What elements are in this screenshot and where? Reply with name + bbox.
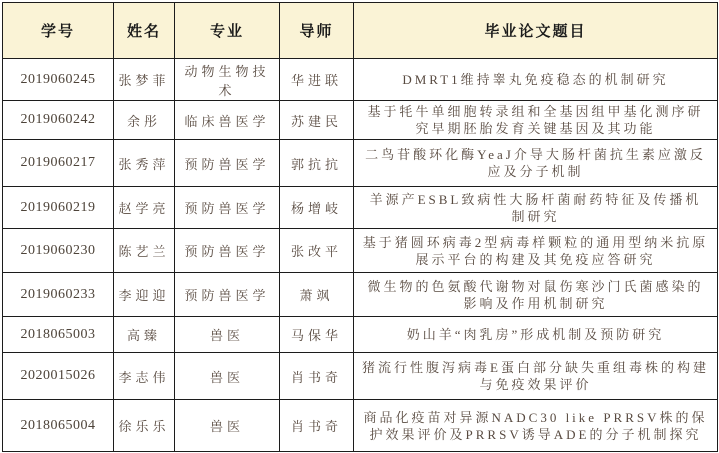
major-cell: 预防兽医学	[175, 273, 280, 317]
name-cell: 赵学亮	[114, 187, 175, 229]
major-cell: 预防兽医学	[175, 187, 280, 229]
thesis-cell: 基于猪圆环病毒2型病毒样颗粒的通用型纳米抗原展示平台的构建及其免疫应答研究	[354, 229, 718, 273]
advisor-cell: 萧飒	[280, 273, 354, 317]
header-major: 专业	[175, 3, 280, 59]
advisor-cell: 杨增岐	[280, 187, 354, 229]
thesis-cell: 二鸟苷酸环化酶YeaJ介导大肠杆菌抗生素应激反应及分子机制	[354, 140, 718, 187]
student-id-cell: 2019060219	[3, 187, 114, 229]
table-row: 2019060245张梦菲动物生物技术华进联DMRT1维持睾丸免疫稳态的机制研究	[3, 59, 718, 101]
student-id-cell: 2019060230	[3, 229, 114, 273]
major-cell: 兽医	[175, 317, 280, 353]
name-cell: 余彤	[114, 101, 175, 140]
table-row: 2020015026李志伟兽医肖书奇猪流行性腹泻病毒E蛋白部分缺失重组毒株的构建…	[3, 353, 718, 400]
thesis-cell: 奶山羊“肉乳房”形成机制及预防研究	[354, 317, 718, 353]
name-cell: 徐乐乐	[114, 400, 175, 452]
student-id-cell: 2020015026	[3, 353, 114, 400]
header-thesis-title: 毕业论文题目	[354, 3, 718, 59]
thesis-cell: 猪流行性腹泻病毒E蛋白部分缺失重组毒株的构建与免疫效果评价	[354, 353, 718, 400]
student-id-cell: 2019060217	[3, 140, 114, 187]
advisor-cell: 华进联	[280, 59, 354, 101]
thesis-cell: 基于牦牛单细胞转录组和全基因组甲基化测序研究早期胚胎发育关键基因及其功能	[354, 101, 718, 140]
student-id-cell: 2019060233	[3, 273, 114, 317]
header-row: 学号 姓名 专业 导师 毕业论文题目	[3, 3, 718, 59]
advisor-cell: 肖书奇	[280, 353, 354, 400]
table-row: 2018065003高臻兽医马保华奶山羊“肉乳房”形成机制及预防研究	[3, 317, 718, 353]
name-cell: 陈艺兰	[114, 229, 175, 273]
major-cell: 预防兽医学	[175, 140, 280, 187]
table-row: 2019060230陈艺兰预防兽医学张改平基于猪圆环病毒2型病毒样颗粒的通用型纳…	[3, 229, 718, 273]
name-cell: 李迎迎	[114, 273, 175, 317]
advisor-cell: 苏建民	[280, 101, 354, 140]
name-cell: 张秀萍	[114, 140, 175, 187]
name-cell: 李志伟	[114, 353, 175, 400]
student-id-cell: 2018065004	[3, 400, 114, 452]
advisor-cell: 肖书奇	[280, 400, 354, 452]
table-row: 2019060233李迎迎预防兽医学萧飒微生物的色氨酸代谢物对鼠伤寒沙门氏菌感染…	[3, 273, 718, 317]
table-row: 2019060219赵学亮预防兽医学杨增岐羊源产ESBL致病性大肠杆菌耐药特征及…	[3, 187, 718, 229]
header-advisor: 导师	[280, 3, 354, 59]
table-body: 2019060245张梦菲动物生物技术华进联DMRT1维持睾丸免疫稳态的机制研究…	[3, 59, 718, 452]
thesis-cell: 商品化疫苗对异源NADC30 like PRRSV株的保护效果评价及PRRSV诱…	[354, 400, 718, 452]
name-cell: 张梦菲	[114, 59, 175, 101]
header-student-id: 学号	[3, 3, 114, 59]
major-cell: 兽医	[175, 353, 280, 400]
thesis-cell: DMRT1维持睾丸免疫稳态的机制研究	[354, 59, 718, 101]
table-header: 学号 姓名 专业 导师 毕业论文题目	[3, 3, 718, 59]
table-row: 2018065004徐乐乐兽医肖书奇商品化疫苗对异源NADC30 like PR…	[3, 400, 718, 452]
major-cell: 临床兽医学	[175, 101, 280, 140]
major-cell: 动物生物技术	[175, 59, 280, 101]
advisor-cell: 张改平	[280, 229, 354, 273]
table-row: 2019060217张秀萍预防兽医学郭抗抗二鸟苷酸环化酶YeaJ介导大肠杆菌抗生…	[3, 140, 718, 187]
table-row: 2019060242余彤临床兽医学苏建民基于牦牛单细胞转录组和全基因组甲基化测序…	[3, 101, 718, 140]
name-cell: 高臻	[114, 317, 175, 353]
thesis-table: 学号 姓名 专业 导师 毕业论文题目 2019060245张梦菲动物生物技术华进…	[2, 2, 718, 452]
advisor-cell: 郭抗抗	[280, 140, 354, 187]
thesis-cell: 羊源产ESBL致病性大肠杆菌耐药特征及传播机制研究	[354, 187, 718, 229]
major-cell: 兽医	[175, 400, 280, 452]
header-name: 姓名	[114, 3, 175, 59]
major-cell: 预防兽医学	[175, 229, 280, 273]
student-id-cell: 2019060242	[3, 101, 114, 140]
thesis-cell: 微生物的色氨酸代谢物对鼠伤寒沙门氏菌感染的影响及作用机制研究	[354, 273, 718, 317]
student-id-cell: 2019060245	[3, 59, 114, 101]
student-id-cell: 2018065003	[3, 317, 114, 353]
advisor-cell: 马保华	[280, 317, 354, 353]
